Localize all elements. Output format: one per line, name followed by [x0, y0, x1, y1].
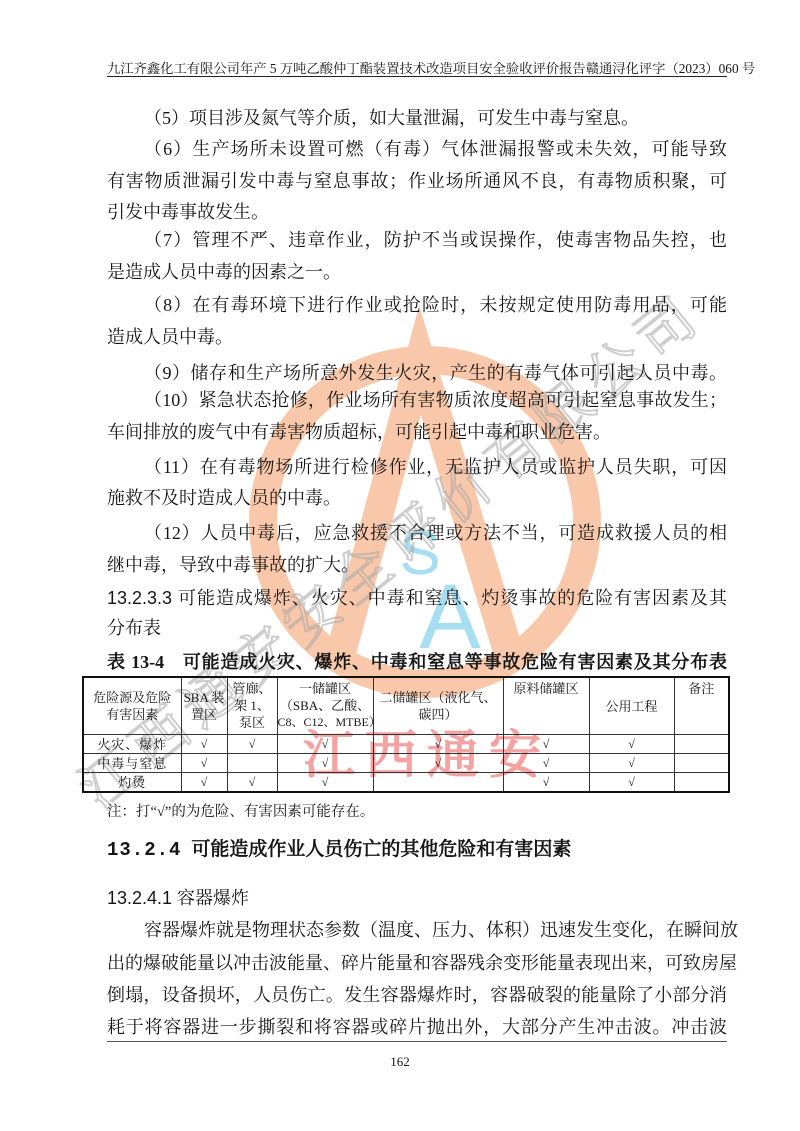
paragraph-line: 造成人员中毒。: [107, 322, 727, 352]
section-number: 13.2.4: [107, 839, 181, 861]
report-title: 九江齐鑫化工有限公司年产 5 万吨乙酸仲丁酯装置技术改造项目安全验收评价报告: [107, 61, 586, 76]
check-cell: √: [227, 735, 277, 754]
column-header-hazard-factor: 危险源及危险 有害因素: [83, 677, 181, 735]
section-heading-continuation: 分布表: [107, 613, 727, 643]
header-line: 危险源及危险: [84, 689, 181, 706]
table-note: 注：打“√”的为危险、有害因素可能存在。: [107, 802, 374, 822]
paragraph-line: 耗于将容器进一步撕裂和将容器或碎片抛出外，大部分产生冲击波。冲击波: [107, 1012, 727, 1042]
paragraph-line: 倒塌，设备损坏，人员伤亡。发生容器爆炸时，容器破裂的能量除了小部分消: [107, 980, 727, 1010]
report-code: 赣通浔化评字（2023）060 号: [586, 61, 756, 76]
header-line: 架 1、: [228, 697, 277, 714]
header-line: 备注: [675, 680, 729, 697]
check-cell: √: [181, 754, 227, 773]
header-line: 碳四）: [374, 706, 503, 723]
paragraph-line: 容器爆炸就是物理状态参数（温度、压力、体积）迅速发生变化，在瞬间放: [107, 915, 727, 945]
paragraph-line: （8）在有毒环境下进行作业或抢险时，未按规定使用防毒用品，可能: [107, 290, 727, 320]
footer-divider: [107, 1041, 727, 1042]
section-title: 可能造成作业人员伤亡的其他危险和有害因素: [191, 839, 571, 860]
paragraph-line: （7）管理不严、违章作业，防护不当或误操作，使毒害物品失控，也: [107, 225, 727, 255]
column-header-pipe-rack-pump: 管廊、 架 1、 泵区: [227, 677, 277, 735]
table-row: 灼烫 √ √ √ √ √: [83, 773, 729, 793]
row-label: 灼烫: [83, 773, 181, 793]
table-row: 中毒与窒息 √ √ √ √ √: [83, 754, 729, 773]
table-row: 火灾、爆炸 √ √ √ √ √ √: [83, 735, 729, 754]
check-cell: √: [277, 754, 373, 773]
check-cell: √: [277, 773, 373, 793]
header-line: 一储罐区: [278, 680, 373, 697]
column-header-tank-area-2: 二储罐区（液化气、 碳四）: [373, 677, 503, 735]
remarks-cell: [674, 754, 729, 773]
check-cell: √: [277, 735, 373, 754]
header-line: 有害因素: [84, 706, 181, 723]
check-cell: √: [503, 754, 589, 773]
paragraph-line: 继中毒，导致中毒事故的扩大。: [107, 550, 727, 580]
page-header: 九江齐鑫化工有限公司年产 5 万吨乙酸仲丁酯装置技术改造项目安全验收评价报告 赣…: [107, 61, 727, 77]
check-cell: √: [373, 754, 503, 773]
table-caption: 表 13-4可能造成火灾、爆炸、中毒和窒息等事故危险有害因素及其分布表: [107, 647, 727, 677]
paragraph-line: 是造成人员中毒的因素之一。: [107, 257, 727, 287]
column-header-tank-area-1: 一储罐区 （SBA、乙酸、 C8、C12、MTBE）: [277, 677, 373, 735]
section-heading-13-2-4-1: 13.2.4.1 容器爆炸: [107, 883, 727, 913]
paragraph-line: 车间排放的废气中有毒害物质超标，可能引起中毒和职业危害。: [107, 417, 727, 447]
remarks-cell: [674, 773, 729, 793]
paragraph-line: 施救不及时造成人员的中毒。: [107, 483, 727, 513]
check-cell: √: [227, 773, 277, 793]
remarks-cell: [674, 735, 729, 754]
column-header-raw-material-tanks: 原料储罐区: [503, 677, 589, 735]
header-line: 公用工程: [590, 698, 674, 715]
section-heading-13-2-4: 13.2.4可能造成作业人员伤亡的其他危险和有害因素: [107, 835, 727, 865]
check-cell: [373, 773, 503, 793]
section-title: 可能造成爆炸、火灾、中毒和窒息、灼烫事故的危险有害因素及其: [178, 588, 727, 608]
paragraph-line: （9）储存和生产场所意外发生火灾，产生的有毒气体可引起人员中毒。: [107, 358, 727, 388]
header-line: 泵区: [228, 714, 277, 731]
header-line: 二储罐区（液化气、: [374, 689, 503, 706]
header-line: 置区: [182, 706, 227, 723]
row-label: 火灾、爆炸: [83, 735, 181, 754]
check-cell: √: [589, 754, 674, 773]
check-cell: √: [181, 735, 227, 754]
header-line: 原料储罐区: [504, 680, 589, 697]
table-caption-label: 表 13-4: [107, 652, 164, 672]
document-page: 九江齐鑫化工有限公司年产 5 万吨乙酸仲丁酯装置技术改造项目安全验收评价报告 赣…: [0, 0, 800, 1131]
header-line: 管廊、: [228, 680, 277, 697]
check-cell: √: [503, 735, 589, 754]
paragraph-line: 引发中毒事故发生。: [107, 197, 727, 227]
column-header-sba-unit: SBA 装 置区: [181, 677, 227, 735]
header-line: （SBA、乙酸、: [278, 697, 373, 714]
table-caption-title: 可能造成火灾、爆炸、中毒和窒息等事故危险有害因素及其分布表: [182, 652, 727, 672]
table-header-row: 危险源及危险 有害因素 SBA 装 置区 管廊、 架 1、 泵区 一储罐区 （S…: [83, 677, 729, 735]
paragraph-line: （12）人员中毒后，应急救援不合理或方法不当，可造成救援人员的相: [107, 518, 727, 548]
row-label: 中毒与窒息: [83, 754, 181, 773]
paragraph-line: （11）在有毒物场所进行检修作业，无监护人员或监护人员失职，可因: [107, 452, 727, 482]
section-heading-13-2-3-3: 13.2.3.3 可能造成爆炸、火灾、中毒和窒息、灼烫事故的危险有害因素及其: [107, 583, 727, 613]
paragraph-line: （6）生产场所未设置可燃（有毒）气体泄漏报警或未失效，可能导致: [107, 134, 727, 164]
check-cell: √: [373, 735, 503, 754]
paragraph-line: 出的爆破能量以冲击波能量、碎片能量和容器残余变形能量表现出来，可致房屋: [107, 948, 727, 978]
header-line: SBA 装: [182, 689, 227, 706]
column-header-utilities: 公用工程: [589, 677, 674, 735]
paragraph-line: 有害物质泄漏引发中毒与窒息事故；作业场所通风不良，有毒物质积聚，可: [107, 166, 727, 196]
check-cell: [227, 754, 277, 773]
section-number: 13.2.3.3: [107, 588, 172, 608]
header-line: C8、C12、MTBE）: [278, 714, 373, 731]
paragraph-line: （10）紧急状态抢修，作业场所有害物质浓度超高可引起窒息事故发生；: [107, 385, 727, 415]
check-cell: √: [589, 735, 674, 754]
check-cell: √: [181, 773, 227, 793]
check-cell: √: [589, 773, 674, 793]
check-cell: √: [503, 773, 589, 793]
hazard-distribution-table: 危险源及危险 有害因素 SBA 装 置区 管廊、 架 1、 泵区 一储罐区 （S…: [82, 676, 730, 793]
paragraph-line: （5）项目涉及氮气等介质，如大量泄漏，可发生中毒与窒息。: [107, 103, 727, 133]
column-header-remarks: 备注: [674, 677, 729, 735]
page-number: 162: [370, 1054, 430, 1070]
